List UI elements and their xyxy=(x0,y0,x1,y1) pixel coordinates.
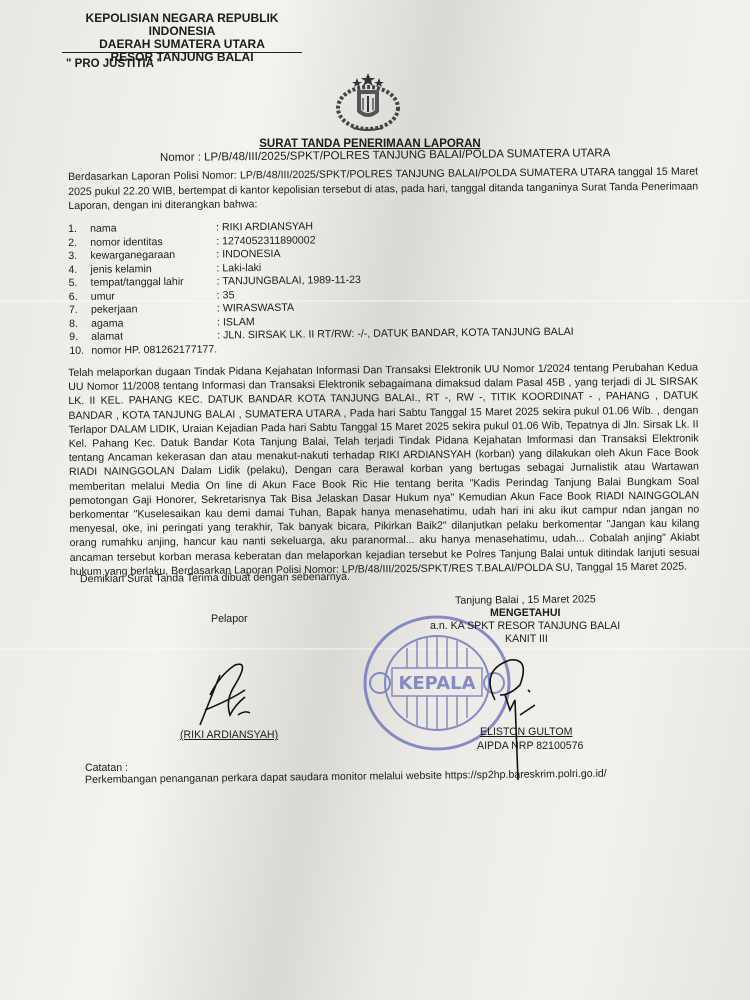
letterhead: KEPOLISIAN NEGARA REPUBLIK INDONESIA DAE… xyxy=(62,12,302,64)
reporter-identity-list: 1.nama: RIKI ARDIANSYAH 2.nomor identita… xyxy=(68,218,574,358)
on-behalf-of: a.n. KA SPKT RESOR TANJUNG BALAI xyxy=(430,620,620,632)
intro-paragraph: Berdasarkan Laporan Polisi Nomor: LP/B/4… xyxy=(68,165,698,214)
reporter-label: Pelapor xyxy=(211,613,248,625)
police-emblem-icon xyxy=(333,72,403,134)
closing-statement: Demikian Surat Tanda Terima dibuat denga… xyxy=(80,571,350,585)
notes-label: Catatan : xyxy=(85,762,128,774)
reporter-signature-icon xyxy=(190,655,290,740)
svg-text:KEPALA: KEPALA xyxy=(398,673,475,694)
reporter-name: (RIKI ARDIANSYAH) xyxy=(180,729,278,741)
letterhead-line: KEPOLISIAN NEGARA REPUBLIK INDONESIA xyxy=(62,12,302,38)
officer-name: ELISTON GULTOM xyxy=(480,726,572,738)
place-date: Tanjung Balai , 15 Maret 2025 xyxy=(455,593,596,606)
letterhead-rule xyxy=(62,52,302,53)
pro-justitia: " PRO JUSTITIA " xyxy=(66,58,162,70)
officer-rank-nrp: AIPDA NRP 82100576 xyxy=(477,740,583,752)
officer-signature-icon xyxy=(480,640,550,780)
report-body-paragraph: Telah melaporkan dugaan Tindak Pidana Ke… xyxy=(68,361,700,580)
